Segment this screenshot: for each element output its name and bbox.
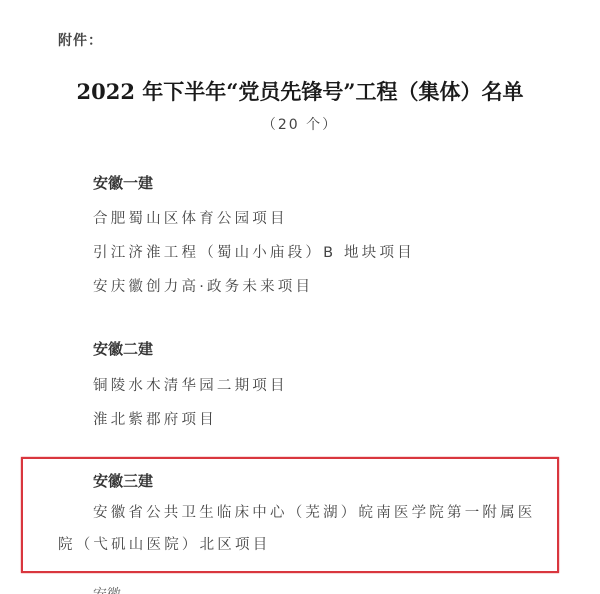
document-title: 2022 年下半年“党员先锋号”工程（集体）名单 xyxy=(0,76,600,106)
project-item: 淮北紫郡府项目 xyxy=(93,408,217,429)
cut-off-text: 安徽 xyxy=(93,584,121,594)
section-heading: 安徽二建 xyxy=(93,338,153,359)
attachment-label: 附件： xyxy=(58,30,103,50)
project-item: 合肥蜀山区体育公园项目 xyxy=(93,207,288,228)
project-item: 铜陵水木清华园二期项目 xyxy=(93,374,288,395)
document-subtitle: （20 个） xyxy=(0,114,600,134)
project-item: 引江济淮工程（蜀山小庙段）B 地块项目 xyxy=(93,241,415,262)
section-heading: 安徽一建 xyxy=(93,172,153,193)
project-item: 安徽省公共卫生临床中心（芜湖）皖南医学院第一附属医院（弋矶山医院）北区项目 xyxy=(58,497,548,561)
section-heading: 安徽三建 xyxy=(93,470,153,491)
project-item: 安庆徽创力高·政务未来项目 xyxy=(93,275,313,296)
